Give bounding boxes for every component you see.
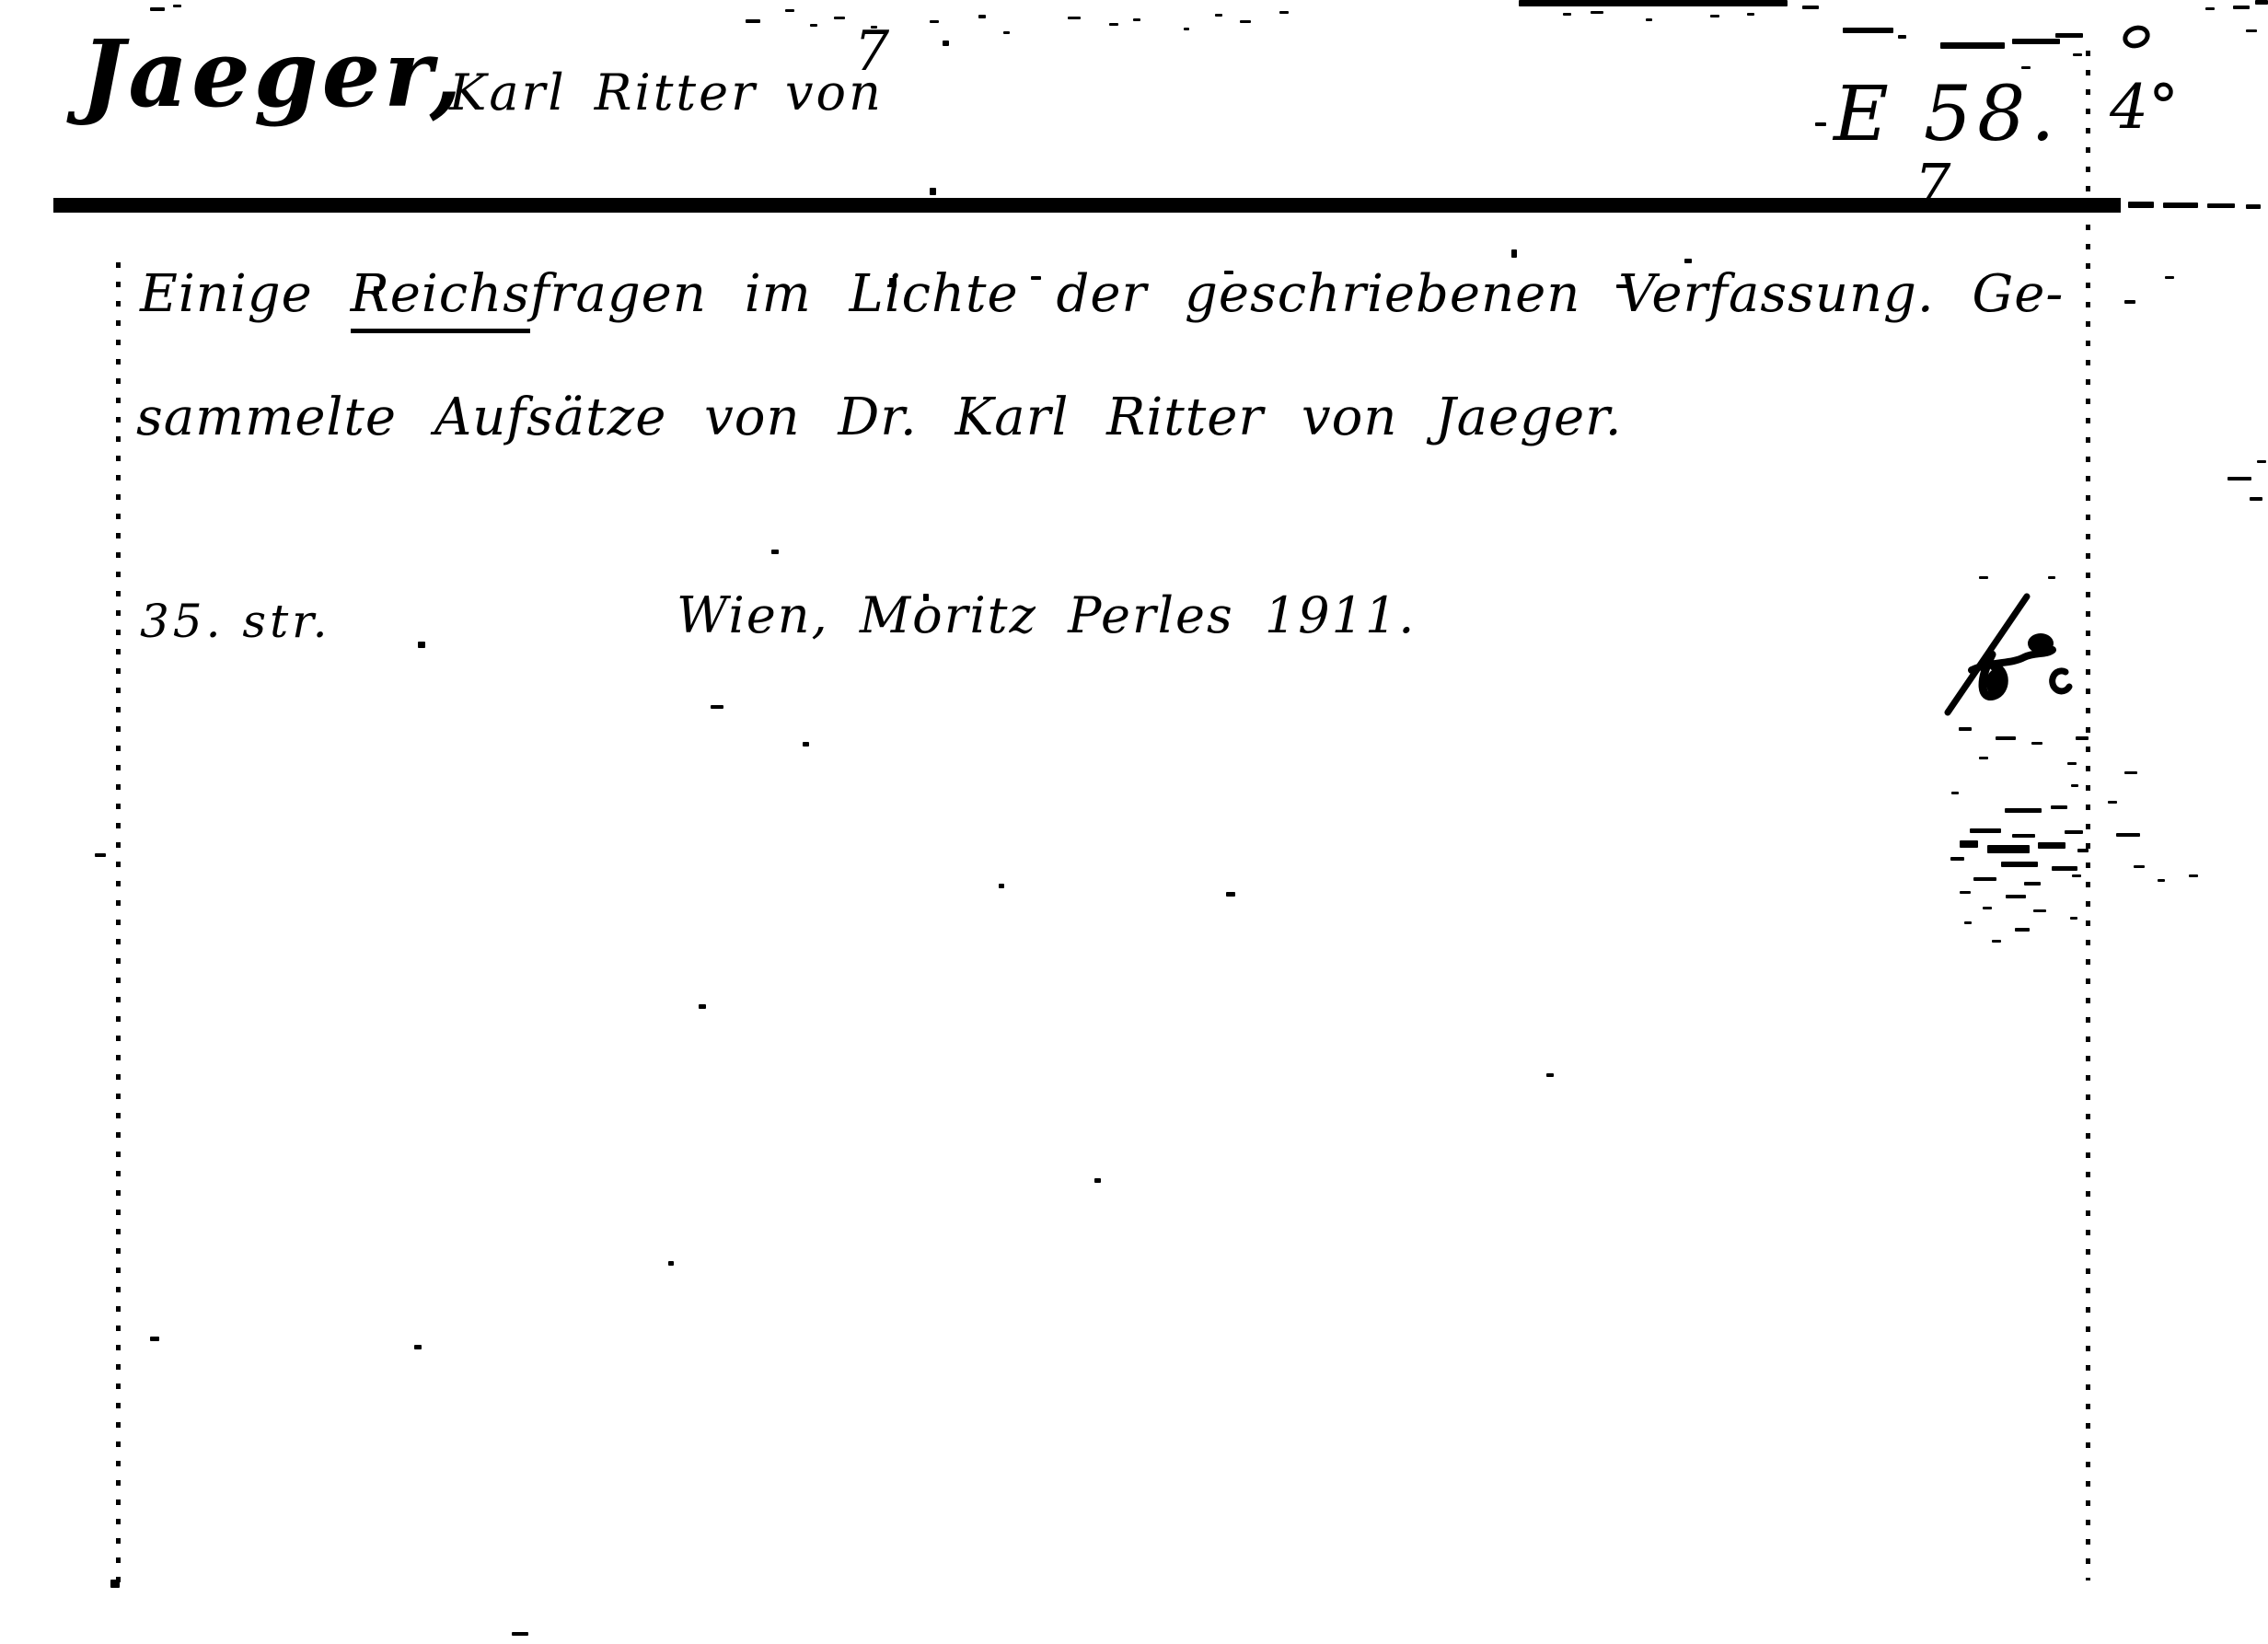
scan-noise-speck <box>2227 477 2251 480</box>
scan-noise-speck <box>2072 874 2081 877</box>
scan-noise-speck <box>1109 23 1118 26</box>
title-line-1: Einige Reichsfragen im Lichte der geschr… <box>140 269 2064 320</box>
scan-noise-speck <box>785 9 794 12</box>
scan-noise-speck <box>2246 204 2261 209</box>
scan-noise-speck <box>1996 736 2016 740</box>
scan-noise-speck <box>2006 895 2026 898</box>
scan-noise-speck <box>2246 29 2257 32</box>
oval-mark <box>2120 22 2153 52</box>
scan-noise-speck <box>1003 31 1010 34</box>
scan-noise-speck <box>2021 66 2031 69</box>
scan-noise-speck <box>1519 0 1788 6</box>
format-notation: 4° <box>2110 77 2179 138</box>
scan-noise-speck <box>1747 13 1754 16</box>
scan-noise-speck <box>1133 18 1140 21</box>
scan-noise-speck <box>2005 808 2042 813</box>
scan-noise-speck <box>2067 762 2077 765</box>
scan-noise-speck <box>1710 15 1719 17</box>
scan-noise-speck <box>2051 805 2067 809</box>
right-dotted-border <box>2086 51 2090 1580</box>
scan-noise-speck <box>2015 928 2030 932</box>
author-name: Jaeger, <box>81 28 466 120</box>
scan-noise-speck <box>1960 891 1971 894</box>
scan-noise-speck <box>1546 1073 1554 1077</box>
scan-noise-speck <box>173 5 181 7</box>
scan-noise-speck <box>1964 921 1972 924</box>
scan-noise-speck <box>1950 857 1964 861</box>
scan-noise-speck <box>2033 909 2046 912</box>
header-rule <box>53 198 2121 213</box>
scan-noise-speck <box>2116 833 2140 837</box>
scan-noise-speck <box>2207 203 2235 208</box>
scan-noise-speck <box>1987 845 2030 853</box>
author-name-suffix: Karl Ritter von <box>449 68 884 118</box>
scan-noise-speck <box>1960 840 1978 848</box>
scan-noise-speck <box>1684 259 1692 263</box>
scan-noise-speck <box>771 550 779 554</box>
scan-noise-speck <box>1802 6 1819 9</box>
scan-noise-speck <box>1279 11 1289 14</box>
catalog-card: Jaeger, Karl Ritter von 7 E 58. 4° Einig… <box>0 0 2268 1644</box>
title-superscript-numeral: 7 <box>1915 156 1950 214</box>
scan-noise-speck <box>930 188 936 195</box>
scan-noise-speck <box>2257 460 2266 463</box>
scan-noise-speck <box>2038 842 2065 849</box>
scan-noise-speck <box>2024 882 2041 886</box>
scan-noise-speck <box>2012 834 2035 838</box>
scan-noise-speck <box>978 15 986 18</box>
scan-noise-speck <box>512 1632 528 1636</box>
scan-noise-speck <box>1940 42 2005 49</box>
scan-noise-speck <box>1959 727 1972 731</box>
scan-noise-speck <box>1094 1178 1101 1183</box>
scan-noise-speck <box>1511 249 1517 258</box>
scan-noise-speck <box>699 1004 706 1009</box>
scan-noise-speck <box>1226 892 1235 897</box>
scan-noise-speck <box>2128 202 2154 208</box>
scan-noise-speck <box>2165 276 2174 279</box>
scan-noise-speck <box>414 1345 422 1349</box>
scan-noise-speck <box>1898 35 1906 39</box>
scan-noise-speck <box>746 19 760 23</box>
scan-noise-speck <box>1563 13 1571 16</box>
scan-noise-speck <box>1973 877 1996 881</box>
scan-noise-speck <box>1215 14 1222 17</box>
scan-noise-speck <box>2250 497 2262 501</box>
scan-noise-speck <box>95 853 106 857</box>
scan-noise-speck <box>668 1261 674 1266</box>
scan-noise-speck <box>999 884 1004 888</box>
shelfmark: E 58. <box>1834 77 2060 153</box>
scan-noise-speck <box>150 7 165 11</box>
scan-noise-speck <box>2065 830 2083 834</box>
scan-noise-speck <box>2124 300 2135 304</box>
scan-noise-speck <box>2001 862 2038 867</box>
scan-noise-speck <box>1068 17 1081 19</box>
scan-noise-speck <box>2158 879 2165 882</box>
scan-noise-speck <box>2012 39 2060 44</box>
volume-note: 35. str. <box>140 598 330 644</box>
scan-noise-speck <box>1983 907 1992 909</box>
scan-noise-speck <box>2070 917 2077 920</box>
left-dotted-border <box>116 262 121 1588</box>
scan-noise-speck <box>150 1337 159 1341</box>
scan-noise-speck <box>2108 801 2117 804</box>
scan-noise-speck <box>1992 940 2001 943</box>
title-text-continued: fragen im Lichte der geschriebenen Verfa… <box>530 264 2064 324</box>
scan-noise-speck <box>1646 18 1652 21</box>
scan-noise-speck <box>2071 784 2078 787</box>
scan-noise-speck <box>2189 874 2198 877</box>
imprint: Wien, Moritz Perles 1911. <box>677 591 1416 641</box>
scan-noise-speck <box>2124 771 2137 774</box>
scan-noise-speck <box>2205 7 2215 10</box>
scan-noise-speck <box>1979 757 1988 759</box>
scan-noise-speck <box>930 20 939 23</box>
scan-noise-speck <box>711 705 723 709</box>
scan-noise-speck <box>1815 122 1826 126</box>
scan-noise-speck <box>943 41 949 46</box>
scan-noise-speck <box>803 742 809 747</box>
scan-noise-speck <box>1970 828 2001 833</box>
scan-noise-speck <box>2255 0 2268 5</box>
scan-noise-speck <box>2134 865 2145 868</box>
title-underlined-text: Reichs <box>351 264 530 333</box>
scan-noise-speck <box>834 17 845 19</box>
scan-noise-speck <box>2052 866 2077 871</box>
scan-noise-speck <box>2163 203 2198 208</box>
scan-noise-speck <box>1591 11 1603 14</box>
scan-noise-speck <box>810 24 817 27</box>
title-text: Einige <box>140 264 351 324</box>
scan-noise-speck <box>418 642 425 648</box>
scan-noise-speck <box>1843 28 1893 33</box>
scan-noise-speck <box>1240 20 1251 23</box>
header-superscript-numeral: 7 <box>854 24 889 79</box>
title-line-2: sammelte Aufsätze von Dr. Karl Ritter vo… <box>136 392 1623 444</box>
scan-noise-speck <box>2055 33 2083 38</box>
scan-noise-speck <box>1184 28 1189 30</box>
handwritten-check-mark <box>1937 576 2084 724</box>
scan-noise-speck <box>2233 6 2250 9</box>
scan-noise-speck <box>2031 742 2042 745</box>
scan-noise-speck <box>1951 792 1959 794</box>
scan-noise-speck <box>2073 53 2082 56</box>
